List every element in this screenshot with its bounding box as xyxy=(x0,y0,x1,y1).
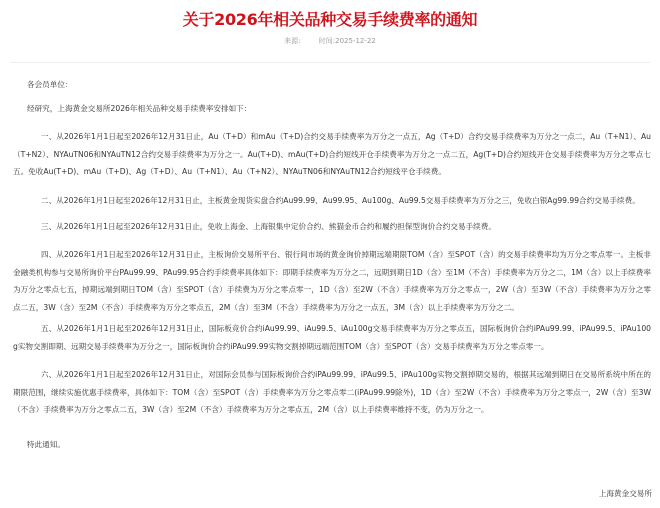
page-title: 关于2026年相关品种交易手续费率的通知 xyxy=(0,10,660,30)
signature: 上海黄金交易所 xyxy=(599,488,652,500)
intro-paragraph: 经研究，上海黄金交易所2026年相关品种交易手续费率安排如下： xyxy=(27,100,251,118)
header-divider xyxy=(10,62,650,63)
publish-time: 时间:2025-12-22 xyxy=(319,37,376,45)
paragraph-1: 一、从2026年1月1日起至2026年12月31日止，Au（T+D）和mAu（T… xyxy=(13,128,651,181)
notice-meta: 来源: 时间:2025-12-22 xyxy=(0,36,660,46)
paragraph-6: 六、从2026年1月1日起至2026年12月31日止，对国际会员参与国际板询价合… xyxy=(13,366,651,419)
notice-header: 关于2026年相关品种交易手续费率的通知 来源: 时间:2025-12-22 xyxy=(0,0,660,52)
paragraph-5: 五、从2026年1月1日起至2026年12月31日止，国际板竞价合约iAu99.… xyxy=(13,320,651,355)
paragraph-3: 三、从2026年1月1日起至2026年12月31日止，免收上海金、上海银集中定价… xyxy=(13,218,651,236)
salutation: 各会员单位： xyxy=(27,76,73,94)
closing-line: 特此通知。 xyxy=(27,436,65,454)
paragraph-2: 二、从2026年1月1日起至2026年12月31日止，主板黄金现货实盘合约Au9… xyxy=(13,192,651,210)
paragraph-4: 四、从2026年1月1日起至2026年12月31日止，主板询价交易所平台、银行间… xyxy=(13,246,651,316)
source-label: 来源: xyxy=(284,37,300,45)
